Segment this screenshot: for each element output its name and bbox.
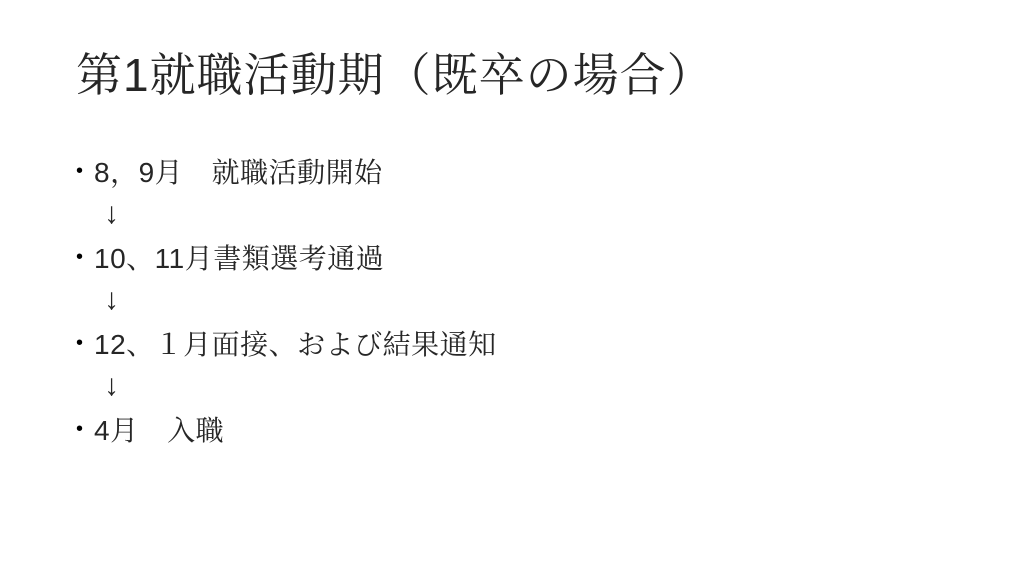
- timeline-arrow-2: ↓: [76, 278, 984, 321]
- timeline-arrow-1: ↓: [76, 192, 984, 235]
- timeline-step-1: • 8，9月 就職活動開始: [76, 149, 984, 192]
- timeline-arrow-3: ↓: [76, 364, 984, 407]
- timeline-step-4-text: 4月 入職: [94, 409, 224, 449]
- bullet-icon: •: [76, 161, 94, 181]
- timeline-step-3: • 12、１月面接、および結果通知: [76, 321, 984, 364]
- down-arrow-icon: ↓: [104, 199, 119, 229]
- bullet-icon: •: [76, 333, 94, 353]
- timeline-step-3-text: 12、１月面接、および結果通知: [94, 323, 497, 363]
- slide-title: 第1就職活動期（既卒の場合）: [76, 50, 714, 101]
- timeline-step-2-text: 10、11月書類選考通過: [94, 237, 384, 277]
- timeline-step-2: • 10、11月書類選考通過: [76, 235, 984, 278]
- down-arrow-icon: ↓: [104, 371, 119, 401]
- down-arrow-icon: ↓: [104, 285, 119, 315]
- presentation-slide: 第1就職活動期（既卒の場合） • 8，9月 就職活動開始 ↓ • 10、11月書…: [0, 0, 1024, 576]
- timeline-step-4: • 4月 入職: [76, 407, 984, 450]
- timeline-step-1-text: 8，9月 就職活動開始: [94, 151, 383, 191]
- slide-body: • 8，9月 就職活動開始 ↓ • 10、11月書類選考通過 ↓ • 12、１月…: [76, 149, 984, 450]
- bullet-icon: •: [76, 247, 94, 267]
- bullet-icon: •: [76, 419, 94, 439]
